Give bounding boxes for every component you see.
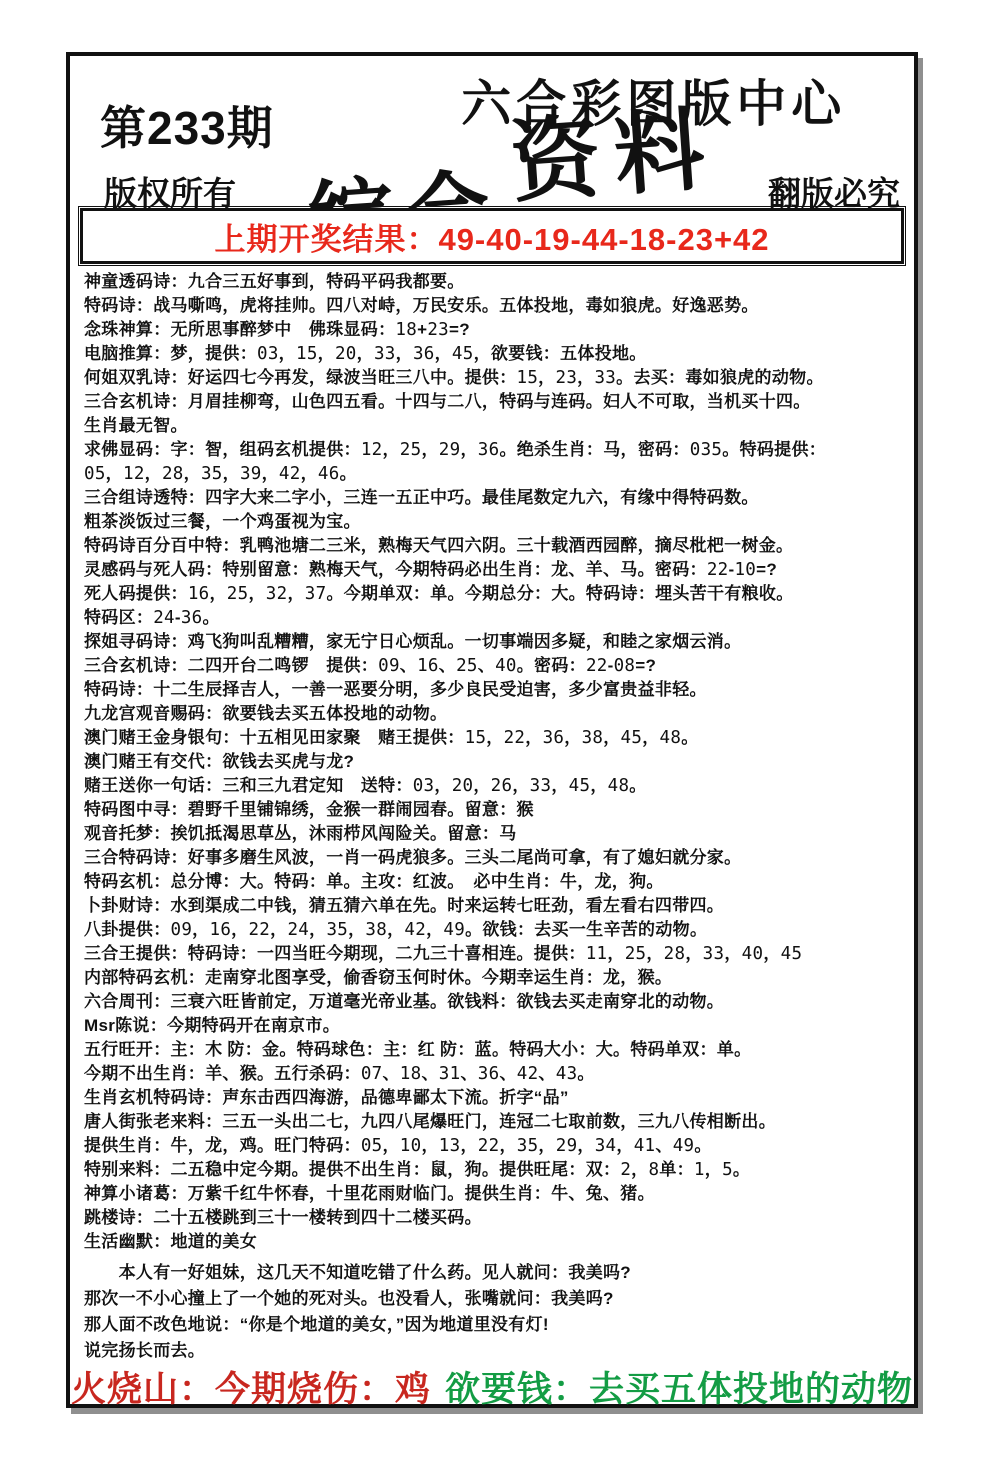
content-line: 三合玄机诗：月眉挂柳弯，山色四五看。十四与二八，特码与连码。妇人不可取，当机买十… [84, 390, 910, 414]
last-result-box: 上期开奖结果：49-40-19-44-18-23+42 [80, 208, 904, 264]
content-line: 唐人街张老来料：三五一头出二七，九四八尾爆旺门，连冠二七取前数，三九八传相断出。 [84, 1110, 910, 1134]
page-title-part2: 资料 [505, 76, 722, 220]
footer-green-text: 欲要钱：去买五体投地的动物 [445, 1370, 913, 1409]
content-line: 澳门赌王有交代：欲钱去买虎与龙? [84, 750, 910, 774]
content-line: 九龙宫观音赐码：欲要钱去买五体投地的动物。 [84, 702, 910, 726]
content-line: Msr陈说：今期特码开在南京市。 [84, 1014, 910, 1038]
content-line: 六合周刊：三衰六旺皆前定，万道毫光帝业基。欲钱料：欲钱去买走南穿北的动物。 [84, 990, 910, 1014]
content-line: 跳楼诗：二十五楼跳到三十一楼转到四十二楼买码。 [84, 1206, 910, 1230]
content-line: 求佛显码：字：智，组码玄机提供：12，25，29，36。绝杀生肖：马，密码：03… [84, 438, 910, 462]
content-line: 念珠神算：无所思事醉梦中 佛珠显码：18+23=? [84, 318, 910, 342]
content-line: 粗茶淡饭过三餐，一个鸡蛋视为宝。 [84, 510, 910, 534]
content-line: 神算小诸葛：万紫千红牛怀春，十里花雨财临门。提供生肖：牛、兔、猪。 [84, 1182, 910, 1206]
content-line: 本人有一好姐妹，这几天不知道吃错了什么药。见人就问：我美吗? [84, 1260, 910, 1286]
content-line: 特码诗百分百中特：乳鸭池塘二三米，熟梅天气四六阴。三十载酒西园醉，摘尽枇杷一树金… [84, 534, 910, 558]
content-line: 卜卦财诗：水到渠成二中钱，猜五猜六单在先。时来运转七旺劲，看左看右四带四。 [84, 894, 910, 918]
content-line: 说完扬长而去。 [84, 1338, 910, 1364]
content-line: 澳门赌王金身银句：十五相见田家聚 赌王提供：15，22，36，38，45，48。 [84, 726, 910, 750]
content-line: 探姐寻码诗：鸡飞狗叫乱糟糟，家无宁日心烦乱。一切事端因多疑，和睦之家烟云消。 [84, 630, 910, 654]
content-line: 赌王送你一句话：三和三九君定知 送特：03，20，26，33，45，48。 [84, 774, 910, 798]
content-line: 三合组诗透特：四字大来二字小，三连一五正中巧。最佳尾数定九六，有缘中得特码数。 [84, 486, 910, 510]
content-line: 五行旺开：主：木 防：金。特码球色：主：红 防：蓝。特码大小：大。特码单双：单。 [84, 1038, 910, 1062]
content-line: 生肖玄机特码诗：声东击西四海游，品德卑鄙太下流。折字“品” [84, 1086, 910, 1110]
page-frame: 第233期 六合彩图版中心 综合资料 版权所有 翻版必究 上期开奖结果：49-4… [66, 52, 918, 1408]
content-line: 死人码提供：16，25，32，37。今期单双：单。今期总分：大。特码诗：埋头苦干… [84, 582, 910, 606]
content-line: 特别来料：二五稳中定今期。提供不出生肖：鼠，狗。提供旺尾：双：2，8单：1，5。 [84, 1158, 910, 1182]
content-line: 三合王提供：特码诗：一四当旺今期现，二九三十喜相连。提供：11，25，28，33… [84, 942, 910, 966]
footer-red-text: 火烧山：今期烧伤：鸡 [71, 1370, 431, 1409]
footer-tip: 火烧山：今期烧伤：鸡欲要钱：去买五体投地的动物 [70, 1362, 914, 1412]
content-line: 05，12，28，35，39，42，46。 [84, 462, 910, 486]
issue-number: 第233期 [100, 92, 274, 158]
content-lines: 神童透码诗：九合三五好事到，特码平码我都要。特码诗：战马嘶鸣，虎将挂帅。四八对峙… [84, 270, 910, 1364]
last-result-text: 上期开奖结果：49-40-19-44-18-23+42 [214, 214, 769, 259]
content-line: 特码图中寻：碧野千里铺锦绣，金猴一群闹园春。留意：猴 [84, 798, 910, 822]
content-line: 灵感码与死人码：特别留意：熟梅天气，今期特码必出生肖：龙、羊、马。密码：22-1… [84, 558, 910, 582]
content-line: 神童透码诗：九合三五好事到，特码平码我都要。 [84, 270, 910, 294]
content-line: 特码玄机：总分博：大。特码：单。主攻：红波。 必中生肖：牛，龙，狗。 [84, 870, 910, 894]
content-line: 今期不出生肖：羊、猴。五行杀码：07、18、31、36、42、43。 [84, 1062, 910, 1086]
content-line: 八卦提供：09，16，22，24，35，38，42，49。欲钱：去买一生辛苦的动… [84, 918, 910, 942]
content-line: 那次一不小心撞上了一个她的死对头。也没看人，张嘴就问：我美吗? [84, 1286, 910, 1312]
content-line: 特码区：24-36。 [84, 606, 910, 630]
content-line: 何姐双乳诗：好运四七今再发，绿波当旺三八中。提供：15，23，33。去买：毒如狼… [84, 366, 910, 390]
content-line: 三合特码诗：好事多磨生风波，一肖一码虎狼多。三头二尾尚可拿，有了媳妇就分家。 [84, 846, 910, 870]
content-line: 生活幽默：地道的美女 [84, 1230, 910, 1254]
content-line: 三合玄机诗：二四开台二鸣锣 提供：09、16、25、40。密码：22-08=? [84, 654, 910, 678]
content-line: 内部特码玄机：走南穿北图享受，偷香窃玉何时休。今期幸运生肖：龙，猴。 [84, 966, 910, 990]
content-line: 那人面不改色地说：“你是个地道的美女，”因为地道里没有灯! [84, 1312, 910, 1338]
content-line: 提供生肖：牛，龙，鸡。旺门特码：05，10，13，22，35，29，34，41、… [84, 1134, 910, 1158]
content-line: 观音托梦：挨饥抵渴思草丛，沐雨栉风闯险关。留意：马 [84, 822, 910, 846]
content-line: 电脑推算：梦，提供：03，15，20，33，36，45，欲要钱：五体投地。 [84, 342, 910, 366]
content-line: 特码诗：十二生辰择吉人，一善一恶要分明，多少良民受迫害，多少富贵益非轻。 [84, 678, 910, 702]
content-line: 生肖最无智。 [84, 414, 910, 438]
content-line: 特码诗：战马嘶鸣，虎将挂帅。四八对峙，万民安乐。五体投地，毒如狼虎。好逸恶势。 [84, 294, 910, 318]
